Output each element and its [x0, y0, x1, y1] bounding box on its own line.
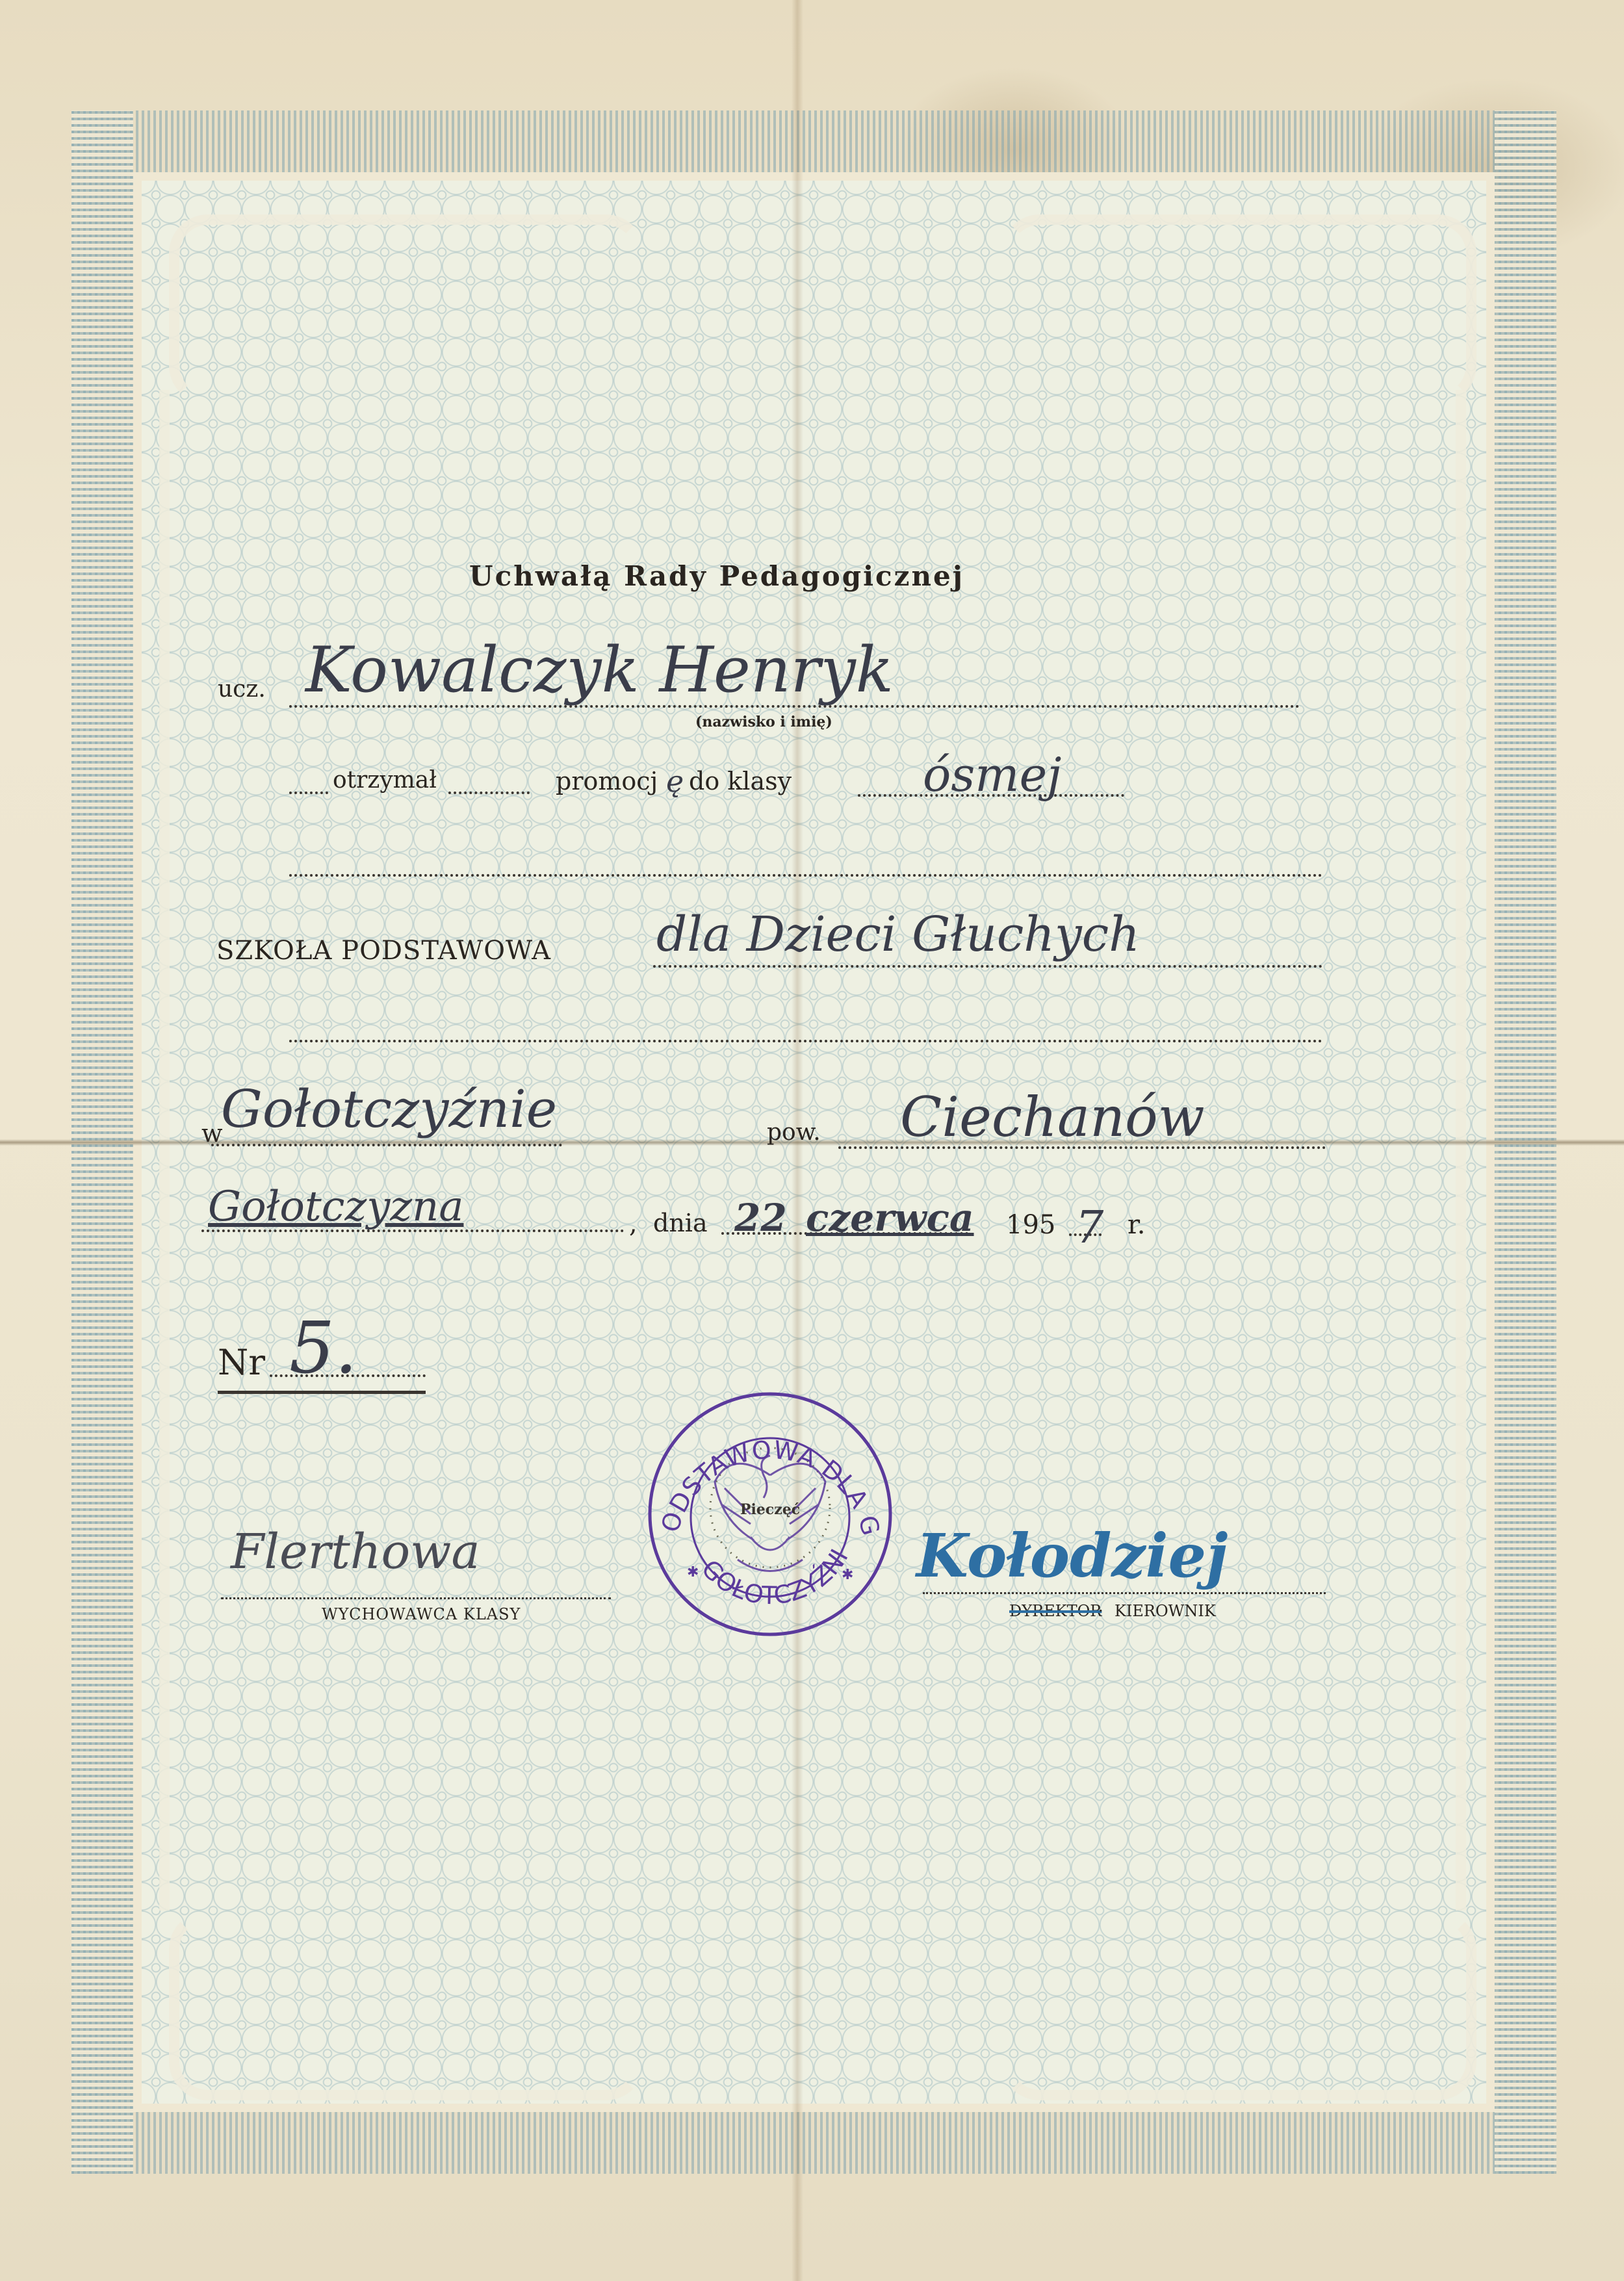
received-suffix-line — [448, 792, 530, 794]
stamp-star-left-icon: ✱ — [687, 1564, 699, 1580]
director-signature-line — [923, 1592, 1326, 1594]
student-name: Kowalczyk Henryk — [305, 634, 894, 706]
class-teacher-signature-line — [221, 1597, 611, 1599]
day-value: 22 — [734, 1196, 787, 1240]
to-class-label: do klasy — [689, 767, 792, 795]
received-prefix-line — [289, 792, 328, 794]
student-name-caption: (nazwisko i imię) — [695, 714, 832, 730]
place-value: Gołotczyzna — [208, 1183, 463, 1231]
school-stamp: SZKOŁA PODSTAWOWA DLA GŁUCHYCH W GOŁOTCZ… — [640, 1384, 900, 1644]
location-line — [211, 1144, 562, 1146]
number-underline — [218, 1391, 426, 1394]
year-prefix: 195 — [1006, 1210, 1055, 1240]
director-caption-struck: DYREKTOR — [1009, 1602, 1102, 1620]
location-value: Gołotczyźnie — [221, 1079, 557, 1139]
promotion-label: promocj — [556, 767, 658, 795]
class-teacher-caption: WYCHOWAWCA KLASY — [322, 1605, 521, 1623]
year-suffix: 7 — [1076, 1202, 1103, 1254]
director-caption-separator: · — [1098, 1602, 1103, 1620]
stamp-center-text: Pieczęć — [740, 1501, 800, 1518]
day-label: dnia — [653, 1209, 708, 1237]
class-teacher-signature: Flerthowa — [231, 1524, 480, 1580]
blank-line-1 — [289, 874, 1322, 877]
document-title: Uchwałą Rady Pedagogicznej — [469, 560, 964, 592]
class-value: ósmej — [923, 747, 1062, 802]
number-value: 5. — [289, 1306, 357, 1389]
school-label: SZKOŁA PODSTAWOWA — [216, 936, 551, 966]
blank-line-2 — [289, 1040, 1322, 1042]
number-label: Nr — [218, 1342, 265, 1383]
student-label: ucz. — [218, 676, 266, 702]
district-value: Ciechanów — [900, 1085, 1205, 1149]
year-unit: r. — [1128, 1210, 1145, 1240]
school-value: dla Dzieci Głuchych — [656, 907, 1140, 962]
district-label: pow. — [767, 1119, 821, 1146]
stamp-star-right-icon: ✱ — [842, 1567, 853, 1583]
director-signature: Kołodziej — [916, 1521, 1228, 1591]
school-line — [653, 965, 1322, 968]
received-label: otrzymał — [333, 767, 437, 793]
month-value: czerwca — [806, 1196, 974, 1240]
promotion-suffix: ę — [666, 764, 684, 799]
director-caption: KIEROWNIK — [1115, 1602, 1216, 1620]
date-separator: , — [629, 1209, 638, 1239]
